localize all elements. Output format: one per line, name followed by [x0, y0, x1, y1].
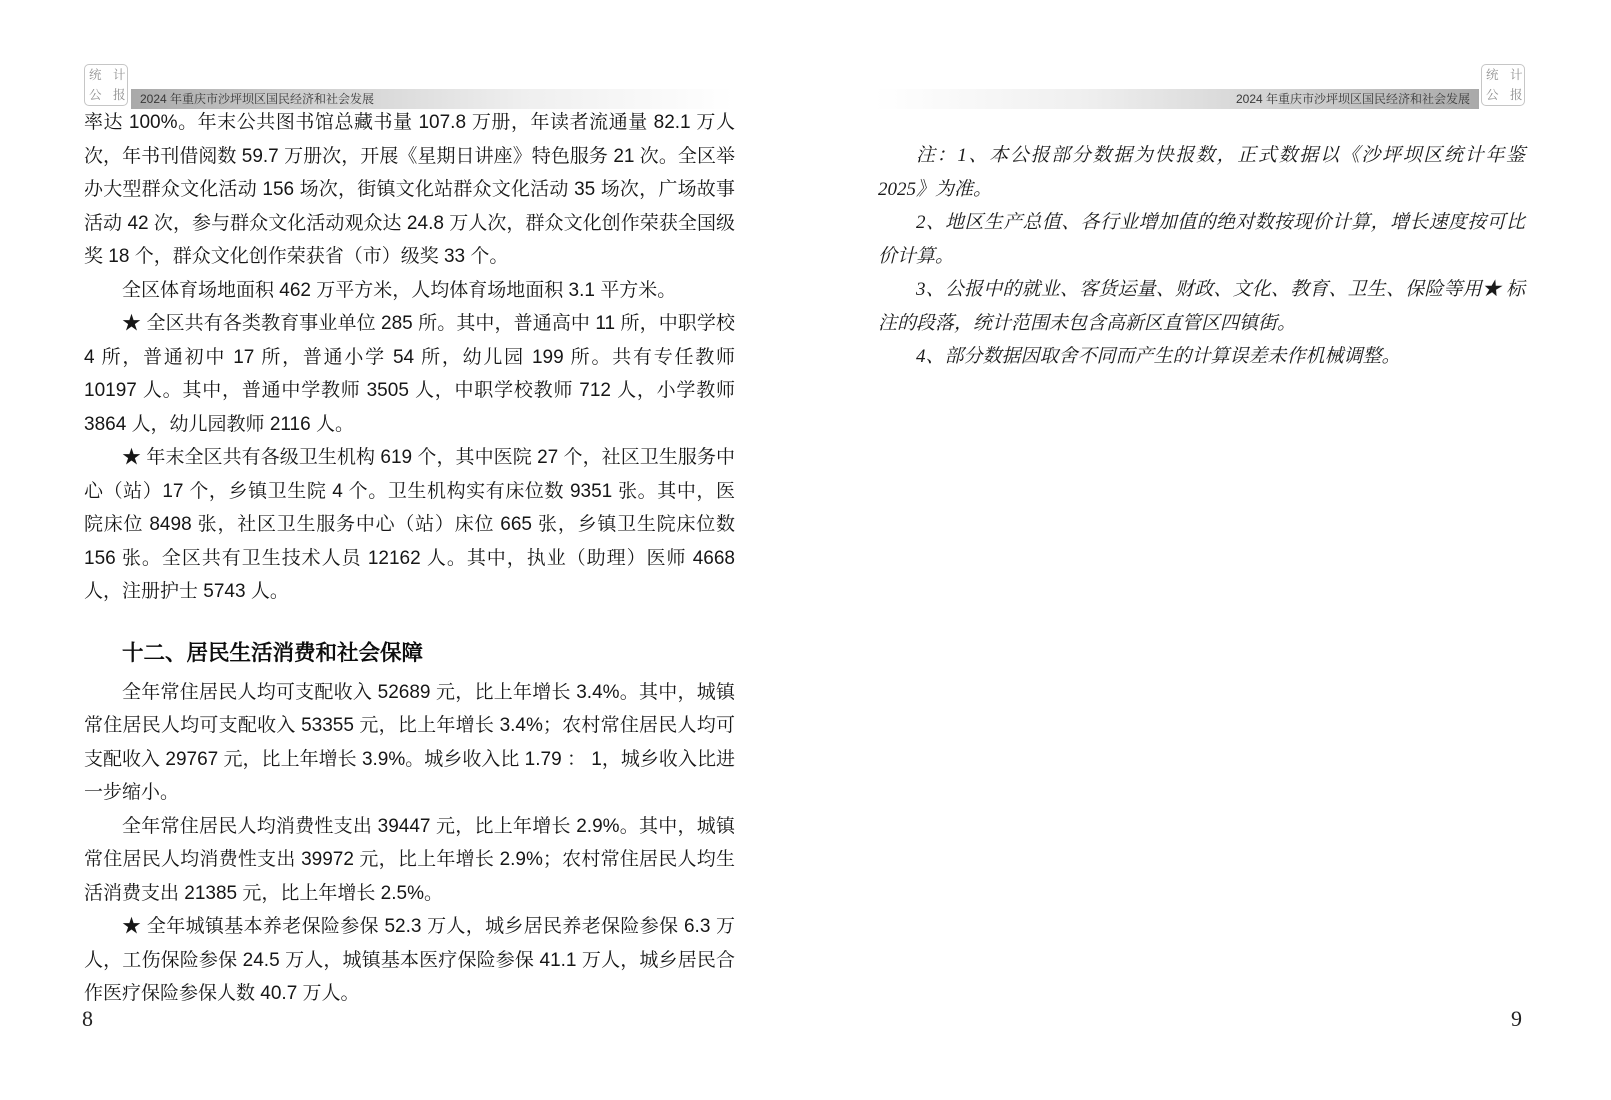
right-page-notes: 注：1、本公报部分数据为快报数，正式数据以《沙坪坝区统计年鉴 2025》为准。 …: [878, 139, 1525, 374]
running-header-right: 2024 年重庆市沙坪坝区国民经济和社会发展: [875, 89, 1479, 109]
document-spread: 统 计 公 报 2024 年重庆市沙坪坝区国民经济和社会发展 2024 年重庆市…: [0, 0, 1611, 1100]
note-1: 注：1、本公报部分数据为快报数，正式数据以《沙坪坝区统计年鉴 2025》为准。: [878, 139, 1525, 206]
stats-bulletin-logo-right: 统 计 公 报: [1481, 64, 1525, 106]
paragraph-culture: 率达 100%。年末公共图书馆总藏书量 107.8 万册，年读者流通量 82.1…: [84, 106, 735, 274]
paragraph-income: 全年常住居民人均可支配收入 52689 元，比上年增长 3.4%。其中，城镇常住…: [84, 676, 735, 810]
paragraph-expenditure: 全年常住居民人均消费性支出 39447 元，比上年增长 2.9%。其中，城镇常住…: [84, 810, 735, 911]
logo-line1: 统 计: [1482, 65, 1524, 85]
running-title-left: 2024 年重庆市沙坪坝区国民经济和社会发展: [140, 92, 374, 106]
page-number-left: 8: [82, 1006, 93, 1032]
paragraph-health: ★ 年末全区共有各级卫生机构 619 个，其中医院 27 个，社区卫生服务中心（…: [84, 441, 735, 609]
note-2: 2、地区生产总值、各行业增加值的绝对数按现价计算，增长速度按可比价计算。: [878, 206, 1525, 273]
section-heading-12: 十二、居民生活消费和社会保障: [84, 638, 735, 668]
paragraph-education: ★ 全区共有各类教育事业单位 285 所。其中，普通高中 11 所，中职学校 4…: [84, 307, 735, 441]
left-page-body: 率达 100%。年末公共图书馆总藏书量 107.8 万册，年读者流通量 82.1…: [84, 106, 735, 1011]
note-3: 3、公报中的就业、客货运量、财政、文化、教育、卫生、保险等用★ 标注的段落，统计…: [878, 273, 1525, 340]
page-number-right: 9: [1511, 1006, 1522, 1032]
logo-line1: 统 计: [85, 65, 127, 85]
stats-bulletin-logo-left: 统 计 公 报: [84, 64, 128, 106]
paragraph-sports: 全区体育场地面积 462 万平方米，人均体育场地面积 3.1 平方米。: [84, 274, 735, 308]
paragraph-insurance: ★ 全年城镇基本养老保险参保 52.3 万人，城乡居民养老保险参保 6.3 万人…: [84, 910, 735, 1011]
running-title-right: 2024 年重庆市沙坪坝区国民经济和社会发展: [1236, 92, 1470, 106]
logo-line2: 公 报: [1482, 85, 1524, 105]
note-4: 4、部分数据因取舍不同而产生的计算误差未作机械调整。: [878, 340, 1525, 374]
logo-line2: 公 报: [85, 85, 127, 105]
